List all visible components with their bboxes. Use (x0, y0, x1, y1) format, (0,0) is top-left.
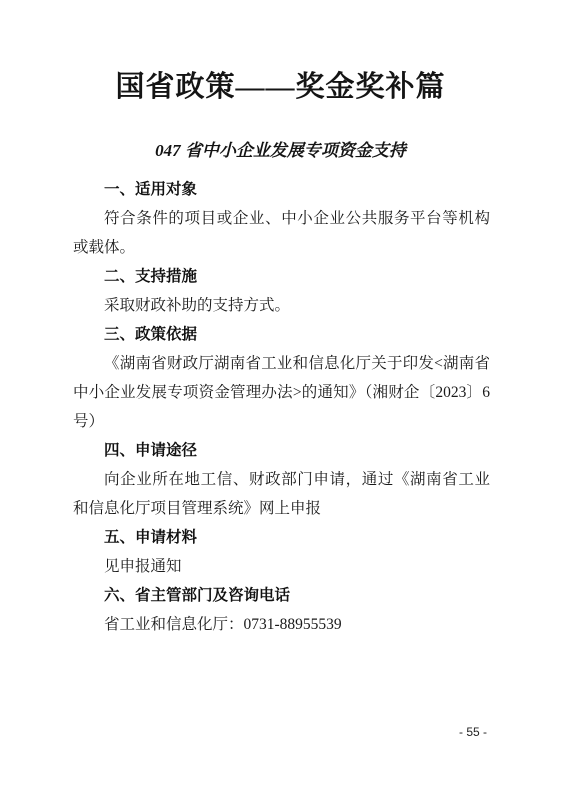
paragraph-policy-basis: 《湖南省财政厅湖南省工业和信息化厅关于印发<湖南省中小企业发展专项资金管理办法>… (73, 349, 490, 436)
heading-applicable-targets: 一、适用对象 (73, 175, 490, 204)
heading-support-measures: 二、支持措施 (73, 262, 490, 291)
paragraph-support-measures: 采取财政补助的支持方式。 (73, 291, 490, 320)
section-047-title: 047 省中小企业发展专项资金支持 (0, 140, 561, 162)
heading-application-materials: 五、申请材料 (73, 523, 490, 552)
heading-policy-basis: 三、政策依据 (73, 320, 490, 349)
paragraph-authority-and-phone: 省工业和信息化厅：0731-88955539 (73, 610, 490, 639)
document-body: 一、适用对象 符合条件的项目或企业、中小企业公共服务平台等机构或载体。 二、支持… (73, 175, 490, 639)
document-page: 国省政策——奖金奖补篇 047 省中小企业发展专项资金支持 一、适用对象 符合条… (0, 0, 561, 793)
page-number: - 55 - (459, 725, 487, 739)
heading-application-channel: 四、申请途径 (73, 436, 490, 465)
paragraph-applicable-targets: 符合条件的项目或企业、中小企业公共服务平台等机构或载体。 (73, 204, 490, 262)
heading-authority-and-phone: 六、省主管部门及咨询电话 (73, 581, 490, 610)
document-title: 国省政策——奖金奖补篇 (0, 0, 561, 104)
paragraph-application-channel: 向企业所在地工信、财政部门申请，通过《湖南省工业和信息化厅项目管理系统》网上申报 (73, 465, 490, 523)
paragraph-application-materials: 见申报通知 (73, 552, 490, 581)
